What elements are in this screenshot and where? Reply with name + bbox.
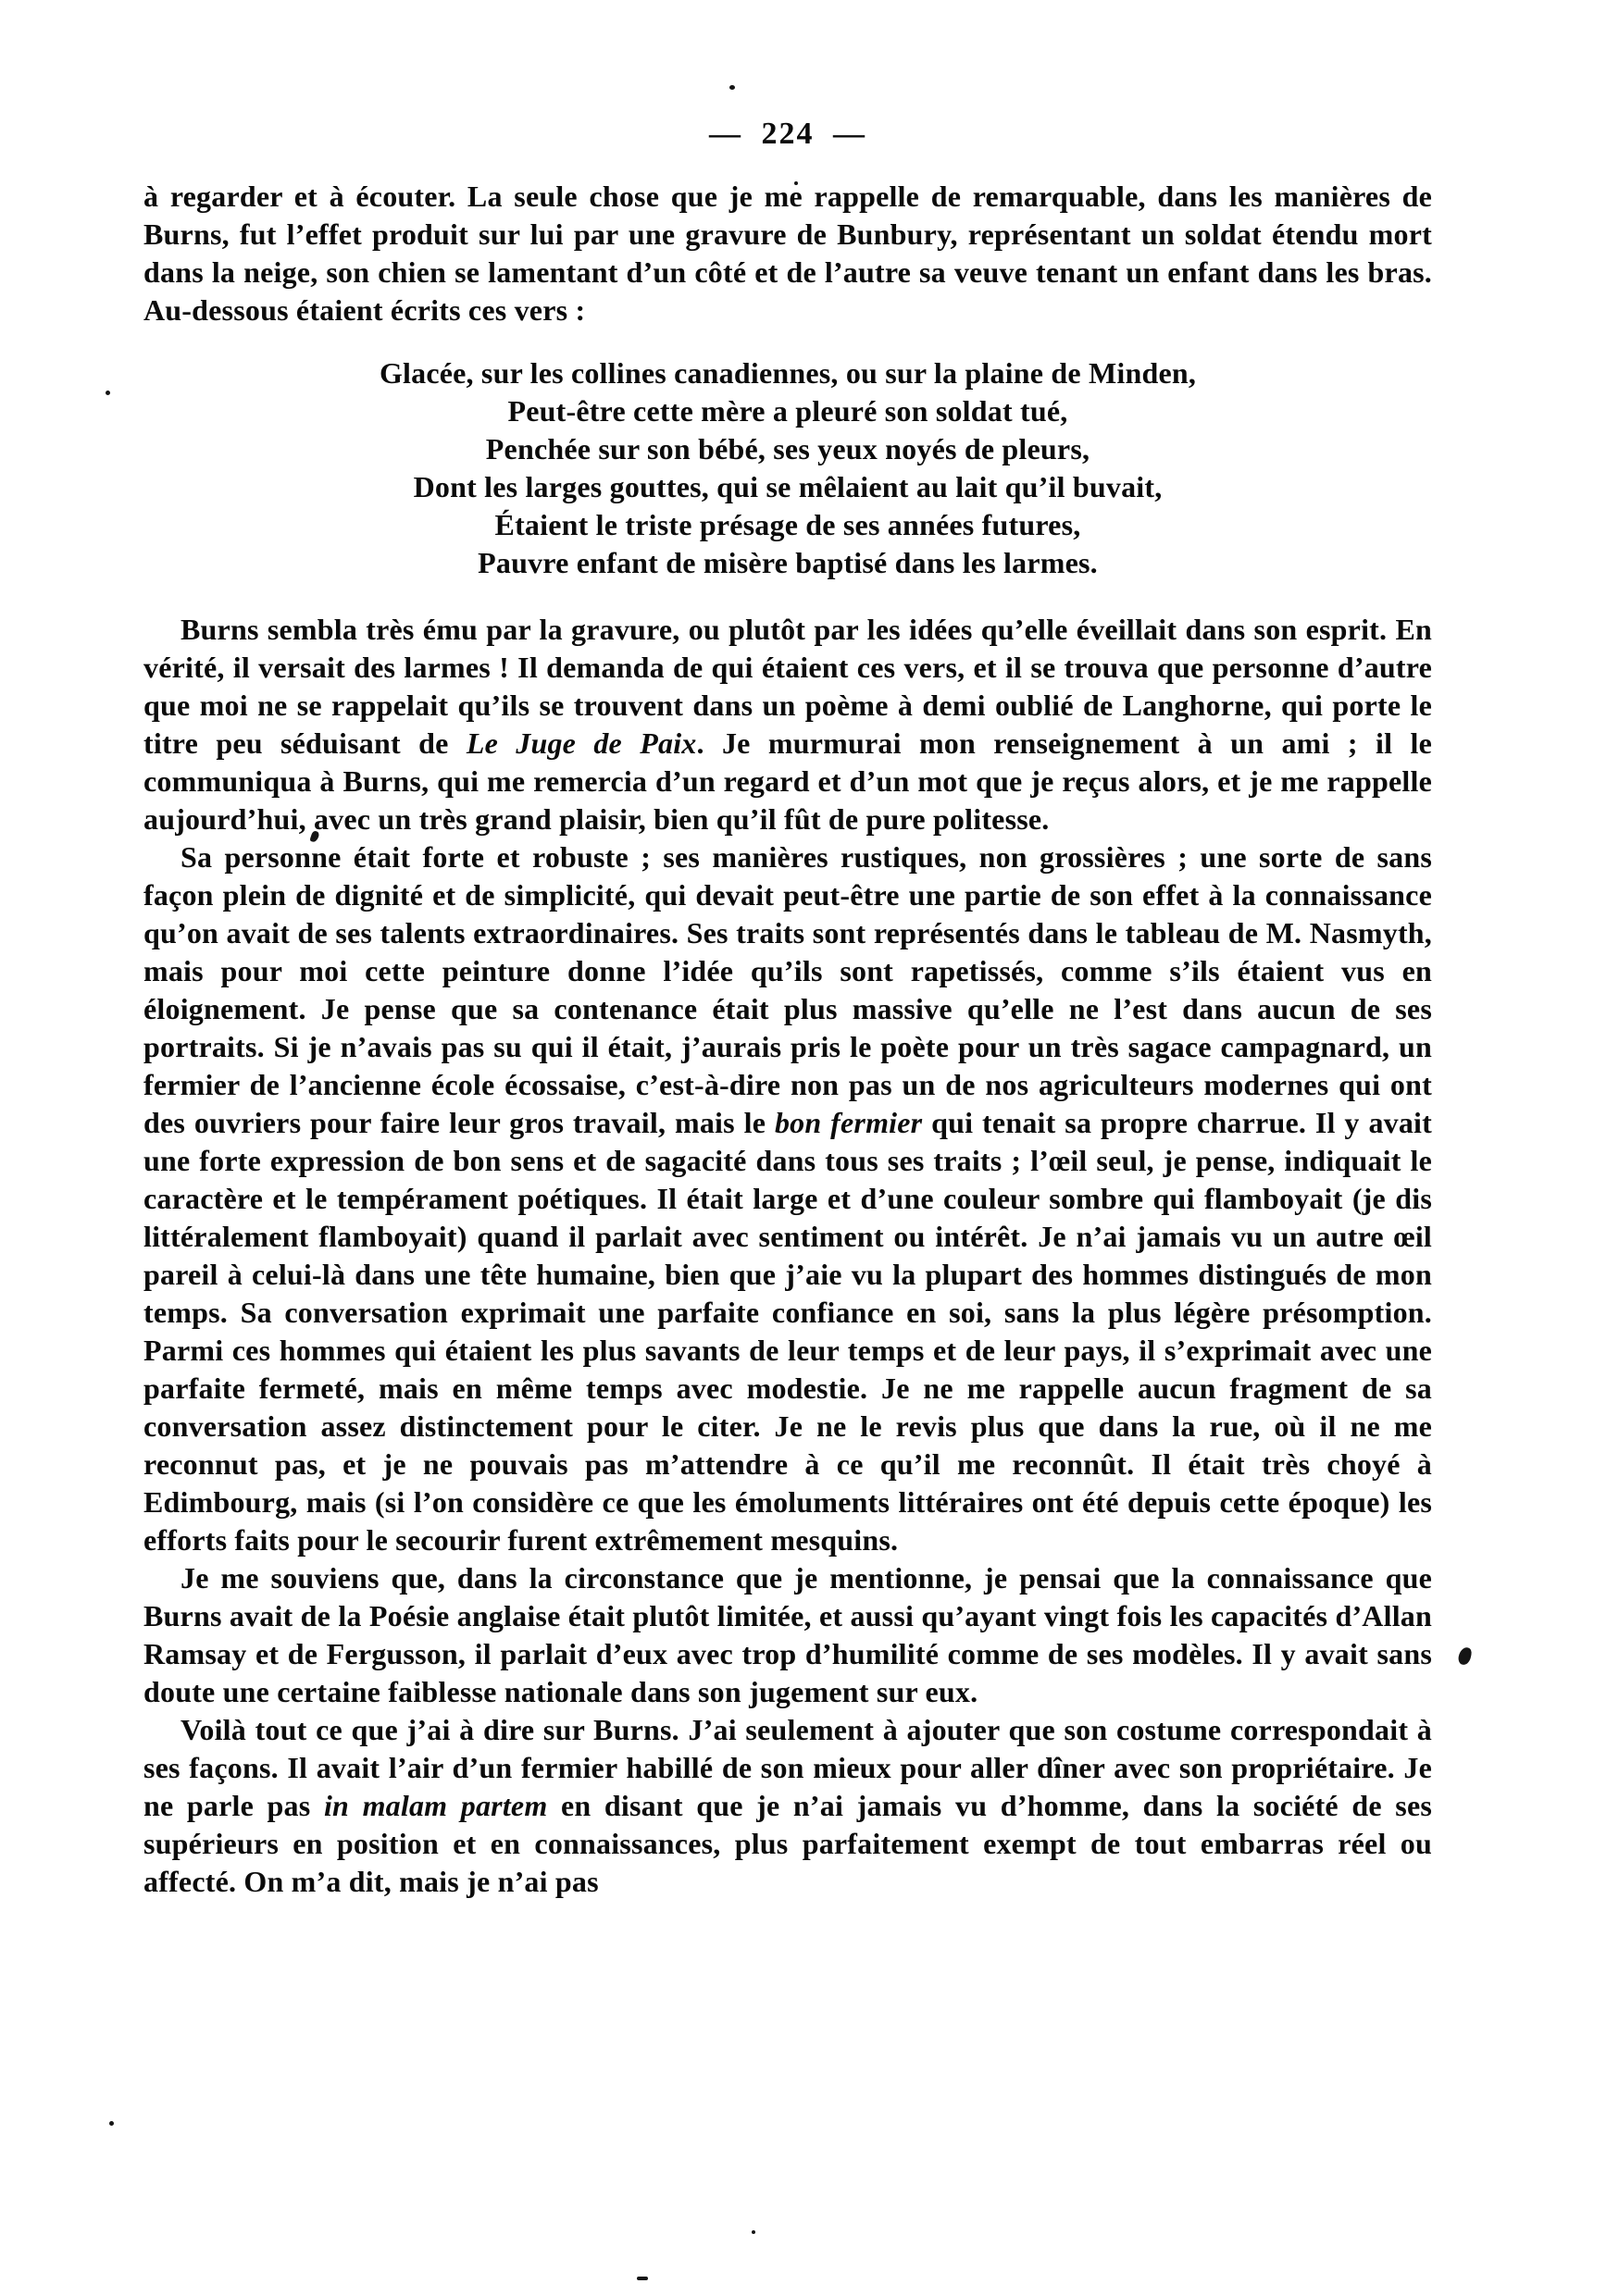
paragraph: Je me souviens que, dans la circonstance… (143, 1559, 1432, 1711)
scan-speck (794, 181, 798, 185)
paragraph: à regarder et à écouter. La seule chose … (143, 178, 1432, 329)
paragraph: Burns sembla très ému par la gravure, ou… (143, 611, 1432, 838)
verse-line: Étaient le triste présage de ses années … (143, 506, 1432, 544)
verse-line: Glacée, sur les collines canadiennes, ou… (143, 354, 1432, 392)
text-run: Je me souviens que, dans la circonstance… (143, 1561, 1432, 1708)
italic-run: Le Juge de Paix (467, 726, 697, 760)
verse-line: Penchée sur son bébé, ses yeux noyés de … (143, 430, 1432, 468)
scan-speck (109, 2121, 114, 2126)
scan-speck (752, 2230, 755, 2234)
verse-line: Peut-être cette mère a pleuré son soldat… (143, 392, 1432, 430)
verse-block: Glacée, sur les collines canadiennes, ou… (143, 354, 1432, 582)
italic-run: in malam partem (324, 1789, 547, 1822)
verse-line: Pauvre enfant de misère baptisé dans les… (143, 544, 1432, 582)
text-run: à regarder et à écouter. La seule chose … (143, 180, 1432, 327)
text-column: à regarder et à écouter. La seule chose … (143, 178, 1432, 1901)
scan-speck (106, 391, 110, 395)
paragraph: Voilà tout ce que j’ai à dire sur Burns.… (143, 1711, 1432, 1901)
scan-speck (1457, 1646, 1473, 1666)
scan-speck (729, 85, 735, 90)
scan-speck (637, 2277, 648, 2280)
italic-run: bon fermier (775, 1106, 922, 1139)
scanned-book-page: — 224 — à regarder et à écouter. La seul… (0, 0, 1619, 2296)
page-number: — 224 — (143, 117, 1432, 152)
text-run: qui tenait sa propre charrue. Il y avait… (143, 1106, 1432, 1557)
text-run: Sa personne était forte et robuste ; ses… (143, 840, 1432, 1139)
paragraph: Sa personne était forte et robuste ; ses… (143, 838, 1432, 1559)
verse-line: Dont les larges gouttes, qui se mêlaient… (143, 468, 1432, 506)
